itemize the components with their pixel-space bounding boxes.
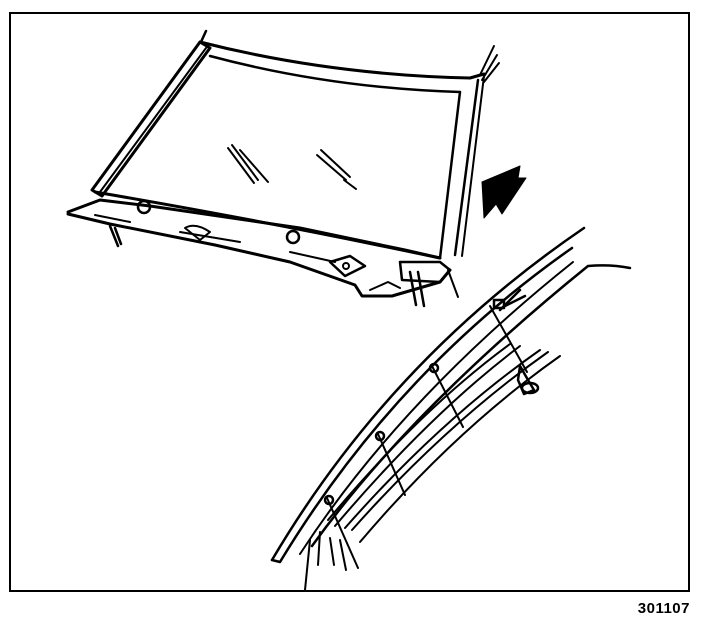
windshield-molding-illustration bbox=[0, 0, 704, 626]
windshield-assembly bbox=[68, 31, 499, 306]
view-direction-arrow-icon bbox=[482, 166, 526, 218]
figure-id-label: 301107 bbox=[638, 600, 690, 617]
pillar-molding-detail bbox=[272, 228, 630, 590]
